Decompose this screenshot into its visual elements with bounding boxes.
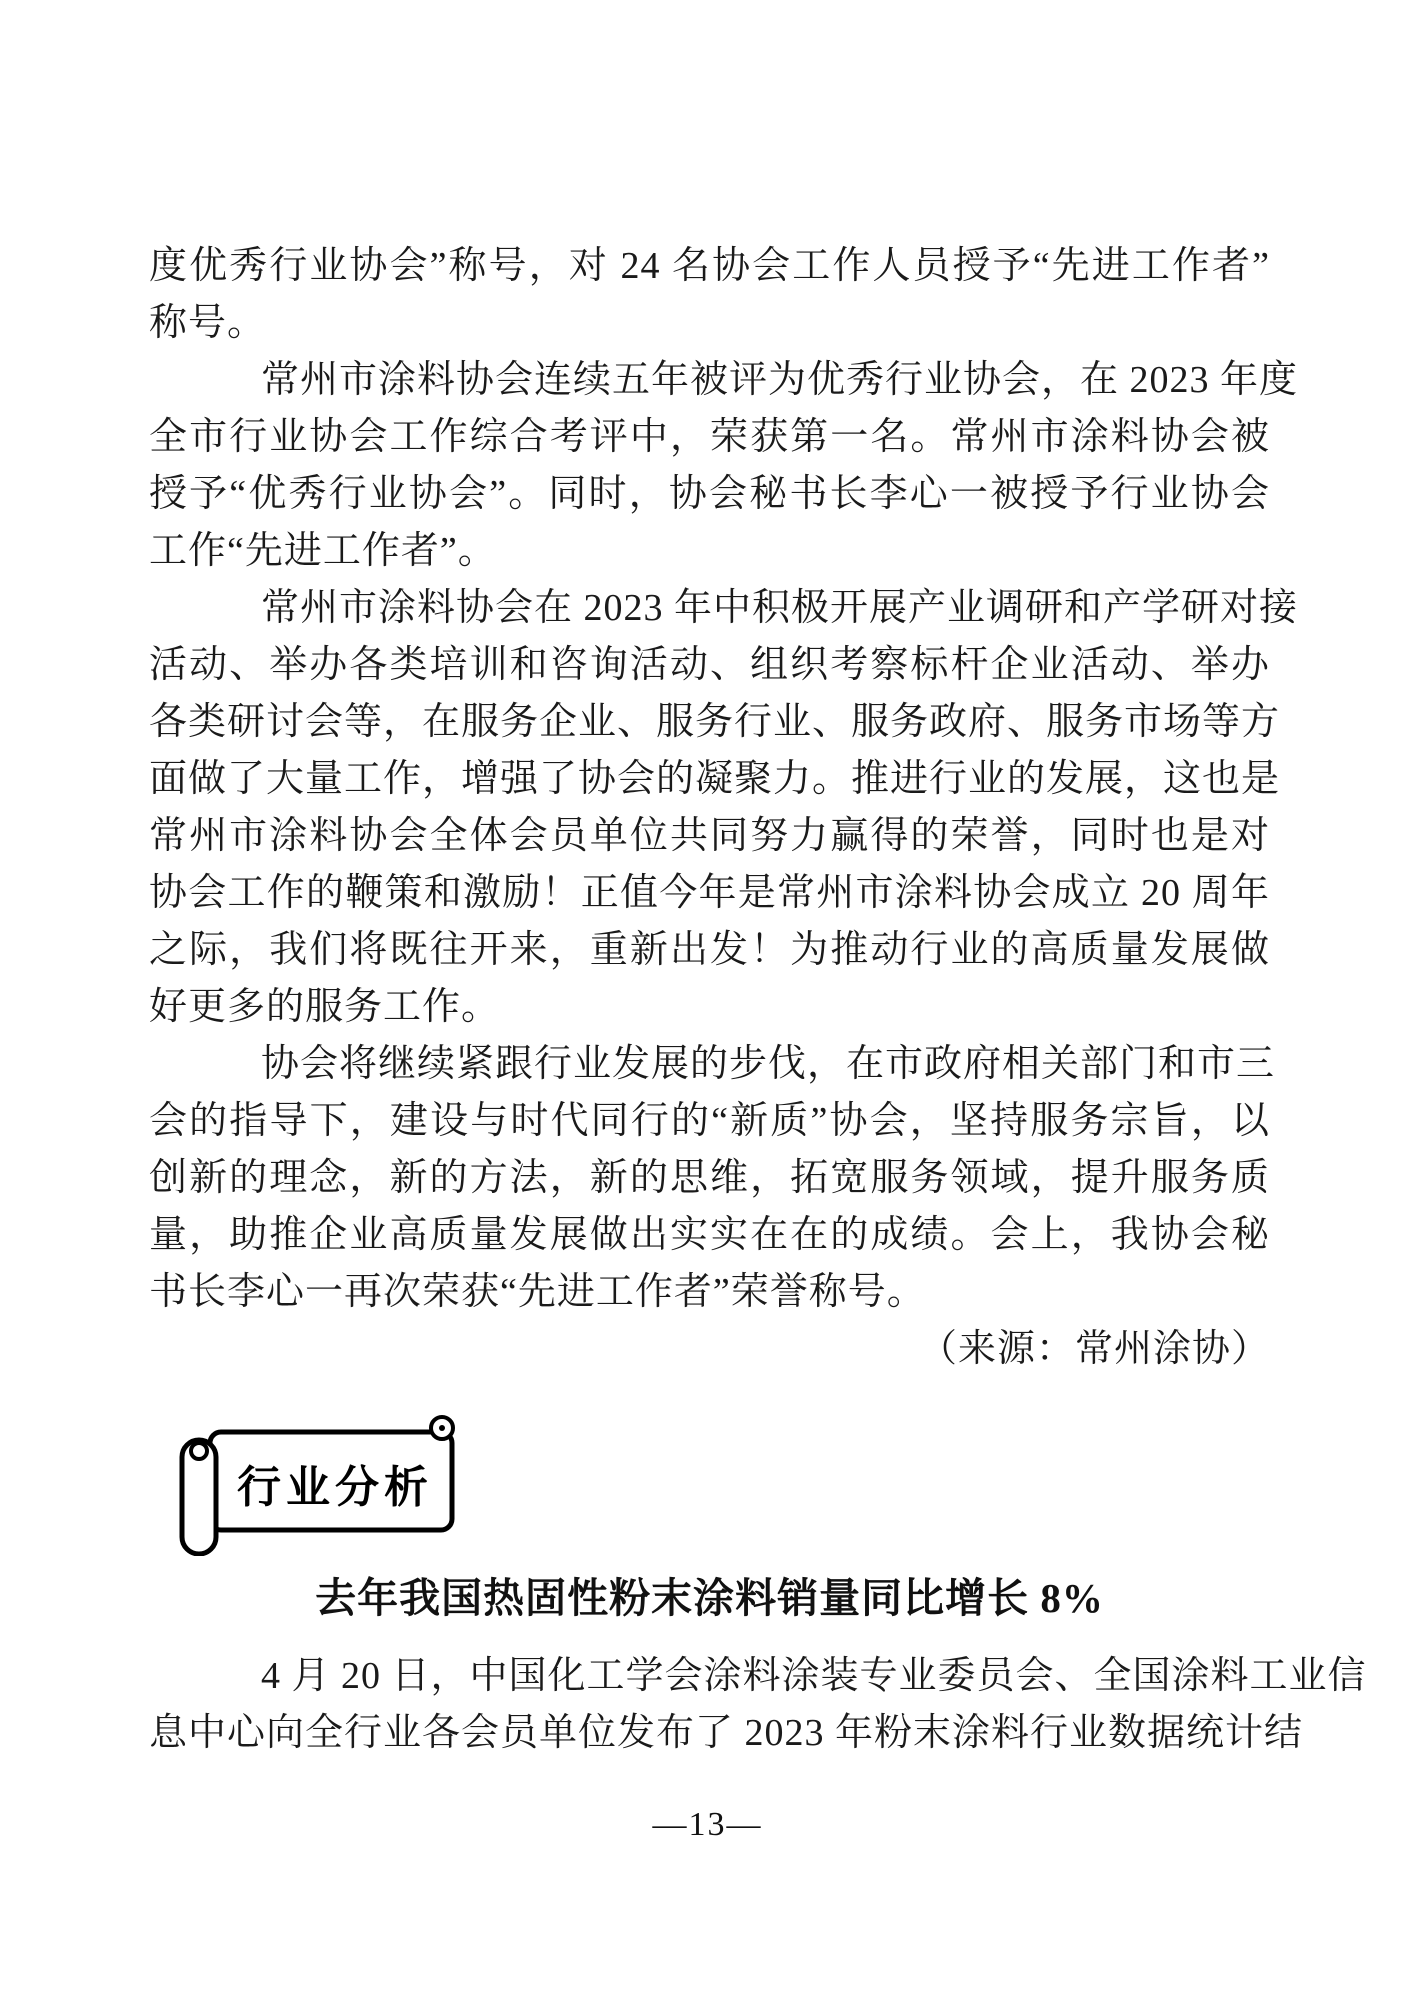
body-line: 书长李心一再次荣获“先进工作者”荣誉称号。 bbox=[149, 1264, 1270, 1321]
body-line: 度优秀行业协会”称号，对 24 名协会工作人员授予“先进工作者” bbox=[149, 238, 1270, 295]
body-line: 常州市涂料协会连续五年被评为优秀行业协会，在 2023 年度 bbox=[149, 352, 1270, 409]
body-line: 量，助推企业高质量发展做出实实在在的成绩。会上，我协会秘 bbox=[149, 1207, 1270, 1264]
document-page: 度优秀行业协会”称号，对 24 名协会工作人员授予“先进工作者” 称号。 常州市… bbox=[0, 0, 1415, 2000]
article2-body: 4 月 20 日，中国化工学会涂料涂装专业委员会、全国涂料工业信 息中心向全行业… bbox=[149, 1648, 1270, 1762]
body-line: 工作“先进工作者”。 bbox=[149, 523, 1270, 580]
section-banner: 行业分析 bbox=[166, 1406, 458, 1556]
body-line: 之际，我们将既往开来，重新出发！为推动行业的高质量发展做 bbox=[149, 922, 1270, 979]
body-line: 协会工作的鞭策和激励！正值今年是常州市涂料协会成立 20 周年 bbox=[149, 865, 1270, 922]
body-line: 创新的理念，新的方法，新的思维，拓宽服务领域，提升服务质 bbox=[149, 1150, 1270, 1207]
body-line: 常州市涂料协会在 2023 年中积极开展产业调研和产学研对接 bbox=[149, 580, 1270, 637]
body-line: 息中心向全行业各会员单位发布了 2023 年粉末涂料行业数据统计结 bbox=[149, 1705, 1270, 1762]
body-line: 好更多的服务工作。 bbox=[149, 979, 1270, 1036]
article2-title: 去年我国热固性粉末涂料销量同比增长 8% bbox=[149, 1568, 1270, 1628]
body-line: 授予“优秀行业协会”。同时，协会秘书长李心一被授予行业协会 bbox=[149, 466, 1270, 523]
body-line: 协会将继续紧跟行业发展的步伐，在市政府相关部门和市三 bbox=[149, 1036, 1270, 1093]
body-line: 会的指导下，建设与时代同行的“新质”协会，坚持服务宗旨，以 bbox=[149, 1093, 1270, 1150]
article1-body: 度优秀行业协会”称号，对 24 名协会工作人员授予“先进工作者” 称号。 常州市… bbox=[149, 238, 1270, 1378]
article-source: （来源：常州涂协） bbox=[149, 1321, 1270, 1378]
body-line: 称号。 bbox=[149, 295, 1270, 352]
body-line: 4 月 20 日，中国化工学会涂料涂装专业委员会、全国涂料工业信 bbox=[149, 1648, 1270, 1705]
page-number: —13— bbox=[0, 1806, 1415, 1844]
body-line: 常州市涂料协会全体会员单位共同努力赢得的荣誉，同时也是对 bbox=[149, 808, 1270, 865]
body-line: 活动、举办各类培训和咨询活动、组织考察标杆企业活动、举办 bbox=[149, 637, 1270, 694]
section-banner-label: 行业分析 bbox=[220, 1436, 450, 1530]
body-line: 全市行业协会工作综合考评中，荣获第一名。常州市涂料协会被 bbox=[149, 409, 1270, 466]
body-line: 面做了大量工作，增强了协会的凝聚力。推进行业的发展，这也是 bbox=[149, 751, 1270, 808]
body-line: 各类研讨会等，在服务企业、服务行业、服务政府、服务市场等方 bbox=[149, 694, 1270, 751]
